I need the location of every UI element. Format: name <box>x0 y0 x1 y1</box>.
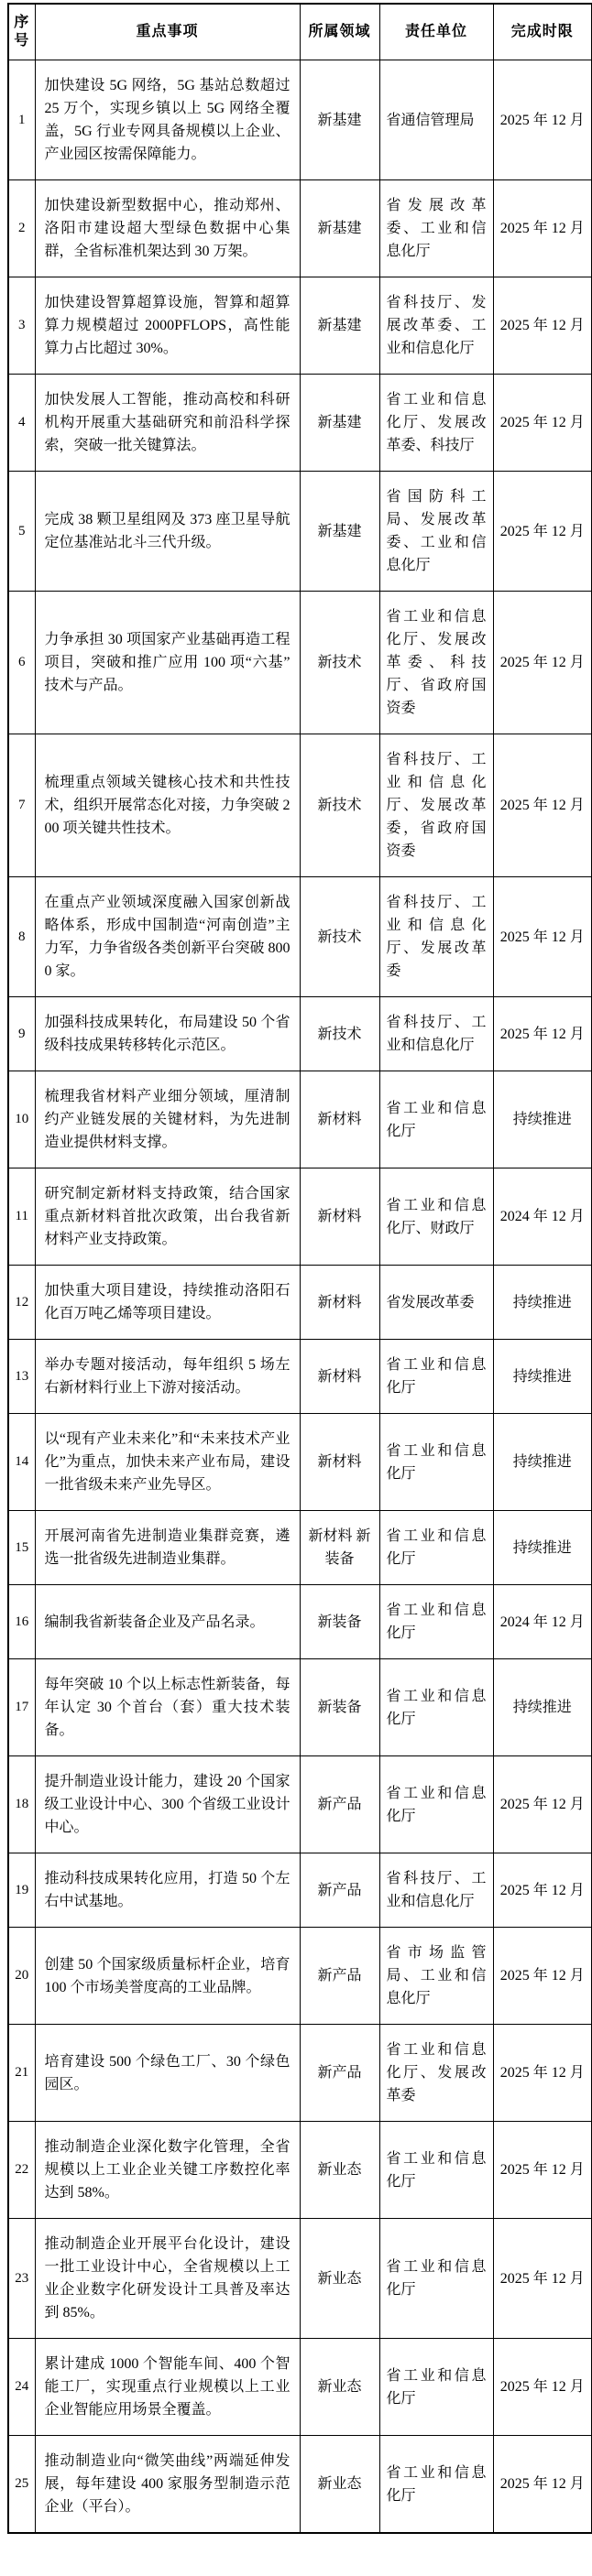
table-row: 19 推动科技成果转化应用，打造 50 个左右中试基地。 新产品 省科技厅、工业… <box>8 1853 592 1928</box>
row-responsible-unit: 省工业和信息化厅 <box>379 1585 493 1659</box>
table-row: 6 力争承担 30 项国家产业基础再造工程项目，突破和推广应用 100 项“六基… <box>8 592 592 734</box>
row-serial-number: 1 <box>8 60 35 180</box>
row-serial-number: 4 <box>8 375 35 472</box>
row-serial-number: 15 <box>8 1511 35 1585</box>
row-serial-number: 22 <box>8 2122 35 2219</box>
row-serial-number: 2 <box>8 180 35 277</box>
table-row: 7 梳理重点领域关键核心技术和共性技术，组织开展常态化对接，力争突破 200 项… <box>8 734 592 877</box>
header-row: 序号 重点事项 所属领域 责任单位 完成时限 <box>8 4 592 60</box>
row-responsible-unit: 省工业和信息化厅 <box>379 1414 493 1511</box>
row-deadline: 2025 年 12 月 <box>493 2219 592 2339</box>
header-field: 所属领域 <box>300 4 379 60</box>
row-field-label: 新基建 <box>300 180 379 277</box>
row-field-label: 新产品 <box>300 1928 379 2025</box>
row-field-label: 新技术 <box>300 592 379 734</box>
row-key-item-text: 加强科技成果转化，布局建设 50 个省级科技成果转移转化示范区。 <box>35 997 300 1071</box>
row-serial-number: 23 <box>8 2219 35 2339</box>
row-field-label: 新产品 <box>300 1756 379 1853</box>
row-field-label: 新业态 <box>300 2436 379 2534</box>
table-body: 1 加快建设 5G 网络，5G 基站总数超过 25 万个，实现乡镇以上 5G 网… <box>8 60 592 2534</box>
row-deadline: 2025 年 12 月 <box>493 2025 592 2122</box>
row-field-label: 新材料 <box>300 1414 379 1511</box>
row-serial-number: 25 <box>8 2436 35 2534</box>
table-row: 2 加快建设新型数据中心，推动郑州、洛阳市建设超大型绿色数据中心集群，全省标准机… <box>8 180 592 277</box>
table-row: 15 开展河南省先进制造业集群竞赛，遴选一批省级先进制造业集群。 新材料 新装备… <box>8 1511 592 1585</box>
row-responsible-unit: 省工业和信息化厅、财政厅 <box>379 1168 493 1266</box>
row-responsible-unit: 省发展改革委 <box>379 1266 493 1340</box>
header-serial-number: 序号 <box>8 4 35 60</box>
row-key-item-text: 加快发展人工智能，推动高校和科研机构开展重大基础研究和前沿科学探索，突破一批关键… <box>35 375 300 472</box>
row-responsible-unit: 省工业和信息化厅 <box>379 1340 493 1414</box>
row-responsible-unit: 省工业和信息化厅 <box>379 2219 493 2339</box>
row-deadline: 持续推进 <box>493 1511 592 1585</box>
row-serial-number: 19 <box>8 1853 35 1928</box>
row-field-label: 新材料 <box>300 1340 379 1414</box>
row-responsible-unit: 省工业和信息化厅、发展改革委、科技厅 <box>379 375 493 472</box>
table-row: 11 研究制定新材料支持政策，结合国家重点新材料首批次政策，出台我省新材料产业支… <box>8 1168 592 1266</box>
row-responsible-unit: 省科技厅、工业和信息化厅 <box>379 1853 493 1928</box>
row-serial-number: 17 <box>8 1659 35 1756</box>
row-responsible-unit: 省科技厅、工业和信息化厅 <box>379 997 493 1071</box>
table-row: 10 梳理我省材料产业细分领域，厘清制约产业链发展的关键材料，为先进制造业提供材… <box>8 1071 592 1168</box>
table-row: 1 加快建设 5G 网络，5G 基站总数超过 25 万个，实现乡镇以上 5G 网… <box>8 60 592 180</box>
row-key-item-text: 推动科技成果转化应用，打造 50 个左右中试基地。 <box>35 1853 300 1928</box>
row-responsible-unit: 省工业和信息化厅、发展改革委、科技厅、省政府国资委 <box>379 592 493 734</box>
row-serial-number: 12 <box>8 1266 35 1340</box>
row-key-item-text: 完成 38 颗卫星组网及 373 座卫星导航定位基准站北斗三代升级。 <box>35 472 300 592</box>
row-key-item-text: 推动制造业向“微笑曲线”两端延伸发展，每年建设 400 家服务型制造示范企业（平… <box>35 2436 300 2534</box>
row-serial-number: 8 <box>8 877 35 997</box>
row-serial-number: 16 <box>8 1585 35 1659</box>
table-row: 8 在重点产业领域深度融入国家创新战略体系，形成中国制造“河南创造”主力军，力争… <box>8 877 592 997</box>
row-deadline: 持续推进 <box>493 1071 592 1168</box>
document-page: 序号 重点事项 所属领域 责任单位 完成时限 1 加快建设 5G 网络，5G 基… <box>0 0 592 2576</box>
row-field-label: 新产品 <box>300 1853 379 1928</box>
key-items-table: 序号 重点事项 所属领域 责任单位 完成时限 1 加快建设 5G 网络，5G 基… <box>7 3 592 2534</box>
row-deadline: 2025 年 12 月 <box>493 1756 592 1853</box>
row-key-item-text: 以“现有产业未来化”和“未来技术产业化”为重点，加快未来产业布局，建设一批省级未… <box>35 1414 300 1511</box>
row-field-label: 新业态 <box>300 2339 379 2436</box>
row-deadline: 2025 年 12 月 <box>493 60 592 180</box>
row-responsible-unit: 省科技厅、发展改革委、工业和信息化厅 <box>379 277 493 375</box>
table-row: 24 累计建成 1000 个智能车间、400 个智能工厂，实现重点行业规模以上工… <box>8 2339 592 2436</box>
row-responsible-unit: 省通信管理局 <box>379 60 493 180</box>
row-serial-number: 11 <box>8 1168 35 1266</box>
row-deadline: 持续推进 <box>493 1266 592 1340</box>
row-serial-number: 5 <box>8 472 35 592</box>
row-deadline: 2024 年 12 月 <box>493 1585 592 1659</box>
row-serial-number: 7 <box>8 734 35 877</box>
row-deadline: 2025 年 12 月 <box>493 472 592 592</box>
row-deadline: 2025 年 12 月 <box>493 277 592 375</box>
row-deadline: 2025 年 12 月 <box>493 375 592 472</box>
row-field-label: 新材料 <box>300 1266 379 1340</box>
row-deadline: 2025 年 12 月 <box>493 1928 592 2025</box>
row-responsible-unit: 省工业和信息化厅 <box>379 2339 493 2436</box>
row-field-label: 新材料 <box>300 1071 379 1168</box>
row-key-item-text: 推动制造企业开展平台化设计，建设一批工业设计中心，全省规模以上工业企业数字化研发… <box>35 2219 300 2339</box>
row-key-item-text: 梳理重点领域关键核心技术和共性技术，组织开展常态化对接，力争突破 200 项关键… <box>35 734 300 877</box>
row-field-label: 新产品 <box>300 2025 379 2122</box>
row-deadline: 2025 年 12 月 <box>493 2339 592 2436</box>
row-key-item-text: 梳理我省材料产业细分领域，厘清制约产业链发展的关键材料，为先进制造业提供材料支撑… <box>35 1071 300 1168</box>
row-field-label: 新基建 <box>300 472 379 592</box>
row-serial-number: 24 <box>8 2339 35 2436</box>
row-key-item-text: 每年突破 10 个以上标志性新装备，每年认定 30 个首台（套）重大技术装备。 <box>35 1659 300 1756</box>
row-deadline: 2025 年 12 月 <box>493 877 592 997</box>
row-serial-number: 3 <box>8 277 35 375</box>
row-key-item-text: 提升制造业设计能力，建设 20 个国家级工业设计中心、300 个省级工业设计中心… <box>35 1756 300 1853</box>
table-header: 序号 重点事项 所属领域 责任单位 完成时限 <box>8 4 592 60</box>
row-serial-number: 14 <box>8 1414 35 1511</box>
row-key-item-text: 加快建设新型数据中心，推动郑州、洛阳市建设超大型绿色数据中心集群，全省标准机架达… <box>35 180 300 277</box>
row-field-label: 新材料 <box>300 1168 379 1266</box>
row-field-label: 新业态 <box>300 2219 379 2339</box>
row-key-item-text: 加快建设智算超算设施，智算和超算算力规模超过 2000PFLOPS，高性能算力占… <box>35 277 300 375</box>
row-field-label: 新基建 <box>300 60 379 180</box>
row-responsible-unit: 省科技厅、工业和信息化厅、发展改革委 <box>379 877 493 997</box>
table-row: 9 加强科技成果转化，布局建设 50 个省级科技成果转移转化示范区。 新技术 省… <box>8 997 592 1071</box>
row-field-label: 新业态 <box>300 2122 379 2219</box>
table-row: 4 加快发展人工智能，推动高校和科研机构开展重大基础研究和前沿科学探索，突破一批… <box>8 375 592 472</box>
table-row: 17 每年突破 10 个以上标志性新装备，每年认定 30 个首台（套）重大技术装… <box>8 1659 592 1756</box>
row-field-label: 新技术 <box>300 734 379 877</box>
row-responsible-unit: 省市场监管局、工业和信息化厅 <box>379 1928 493 2025</box>
row-key-item-text: 在重点产业领域深度融入国家创新战略体系，形成中国制造“河南创造”主力军，力争省级… <box>35 877 300 997</box>
row-serial-number: 6 <box>8 592 35 734</box>
row-key-item-text: 推动制造企业深化数字化管理，全省规模以上工业企业关键工序数控化率达到 58%。 <box>35 2122 300 2219</box>
table-row: 12 加快重大项目建设，持续推动洛阳石化百万吨乙烯等项目建设。 新材料 省发展改… <box>8 1266 592 1340</box>
row-field-label: 新技术 <box>300 877 379 997</box>
table-row: 25 推动制造业向“微笑曲线”两端延伸发展，每年建设 400 家服务型制造示范企… <box>8 2436 592 2534</box>
row-deadline: 2025 年 12 月 <box>493 180 592 277</box>
row-deadline: 2024 年 12 月 <box>493 1168 592 1266</box>
row-field-label: 新装备 <box>300 1585 379 1659</box>
row-responsible-unit: 省工业和信息化厅 <box>379 1071 493 1168</box>
table-row: 3 加快建设智算超算设施，智算和超算算力规模超过 2000PFLOPS，高性能算… <box>8 277 592 375</box>
table-row: 22 推动制造企业深化数字化管理，全省规模以上工业企业关键工序数控化率达到 58… <box>8 2122 592 2219</box>
row-field-label: 新基建 <box>300 375 379 472</box>
row-field-label: 新材料 新装备 <box>300 1511 379 1585</box>
row-field-label: 新技术 <box>300 997 379 1071</box>
row-serial-number: 13 <box>8 1340 35 1414</box>
row-responsible-unit: 省工业和信息化厅 <box>379 2436 493 2534</box>
row-key-item-text: 编制我省新装备企业及产品名录。 <box>35 1585 300 1659</box>
row-key-item-text: 力争承担 30 项国家产业基础再造工程项目，突破和推广应用 100 项“六基”技… <box>35 592 300 734</box>
row-serial-number: 9 <box>8 997 35 1071</box>
row-responsible-unit: 省工业和信息化厅 <box>379 1511 493 1585</box>
row-deadline: 2025 年 12 月 <box>493 592 592 734</box>
row-key-item-text: 举办专题对接活动，每年组织 5 场左右新材料行业上下游对接活动。 <box>35 1340 300 1414</box>
row-deadline: 2025 年 12 月 <box>493 2122 592 2219</box>
row-serial-number: 21 <box>8 2025 35 2122</box>
row-key-item-text: 累计建成 1000 个智能车间、400 个智能工厂，实现重点行业规模以上工业企业… <box>35 2339 300 2436</box>
row-field-label: 新装备 <box>300 1659 379 1756</box>
row-key-item-text: 培育建设 500 个绿色工厂、30 个绿色园区。 <box>35 2025 300 2122</box>
row-deadline: 2025 年 12 月 <box>493 2436 592 2534</box>
row-responsible-unit: 省科技厅、工业和信息化厅、发展改革委，省政府国资委 <box>379 734 493 877</box>
row-deadline: 2025 年 12 月 <box>493 734 592 877</box>
table-row: 13 举办专题对接活动，每年组织 5 场左右新材料行业上下游对接活动。 新材料 … <box>8 1340 592 1414</box>
header-deadline: 完成时限 <box>493 4 592 60</box>
row-deadline: 持续推进 <box>493 1340 592 1414</box>
table-row: 21 培育建设 500 个绿色工厂、30 个绿色园区。 新产品 省工业和信息化厅… <box>8 2025 592 2122</box>
table-row: 14 以“现有产业未来化”和“未来技术产业化”为重点，加快未来产业布局，建设一批… <box>8 1414 592 1511</box>
table-row: 23 推动制造企业开展平台化设计，建设一批工业设计中心，全省规模以上工业企业数字… <box>8 2219 592 2339</box>
row-serial-number: 20 <box>8 1928 35 2025</box>
table-row: 16 编制我省新装备企业及产品名录。 新装备 省工业和信息化厅 2024 年 1… <box>8 1585 592 1659</box>
row-serial-number: 18 <box>8 1756 35 1853</box>
row-responsible-unit: 省工业和信息化厅 <box>379 2122 493 2219</box>
row-responsible-unit: 省国防科工局、发展改革委、工业和信息化厅 <box>379 472 493 592</box>
header-key-item: 重点事项 <box>35 4 300 60</box>
row-key-item-text: 研究制定新材料支持政策，结合国家重点新材料首批次政策，出台我省新材料产业支持政策… <box>35 1168 300 1266</box>
row-responsible-unit: 省发展改革委、工业和信息化厅 <box>379 180 493 277</box>
header-responsible-unit: 责任单位 <box>379 4 493 60</box>
row-field-label: 新基建 <box>300 277 379 375</box>
row-key-item-text: 加快重大项目建设，持续推动洛阳石化百万吨乙烯等项目建设。 <box>35 1266 300 1340</box>
row-deadline: 持续推进 <box>493 1414 592 1511</box>
row-responsible-unit: 省工业和信息化厅 <box>379 1756 493 1853</box>
table-row: 18 提升制造业设计能力，建设 20 个国家级工业设计中心、300 个省级工业设… <box>8 1756 592 1853</box>
row-deadline: 持续推进 <box>493 1659 592 1756</box>
row-responsible-unit: 省工业和信息化厅、发展改革委 <box>379 2025 493 2122</box>
table-row: 5 完成 38 颗卫星组网及 373 座卫星导航定位基准站北斗三代升级。 新基建… <box>8 472 592 592</box>
table-row: 20 创建 50 个国家级质量标杆企业，培育 100 个市场美誉度高的工业品牌。… <box>8 1928 592 2025</box>
row-key-item-text: 创建 50 个国家级质量标杆企业，培育 100 个市场美誉度高的工业品牌。 <box>35 1928 300 2025</box>
row-key-item-text: 开展河南省先进制造业集群竞赛，遴选一批省级先进制造业集群。 <box>35 1511 300 1585</box>
row-responsible-unit: 省工业和信息化厅 <box>379 1659 493 1756</box>
row-deadline: 2025 年 12 月 <box>493 997 592 1071</box>
row-key-item-text: 加快建设 5G 网络，5G 基站总数超过 25 万个，实现乡镇以上 5G 网络全… <box>35 60 300 180</box>
row-serial-number: 10 <box>8 1071 35 1168</box>
row-deadline: 2025 年 12 月 <box>493 1853 592 1928</box>
